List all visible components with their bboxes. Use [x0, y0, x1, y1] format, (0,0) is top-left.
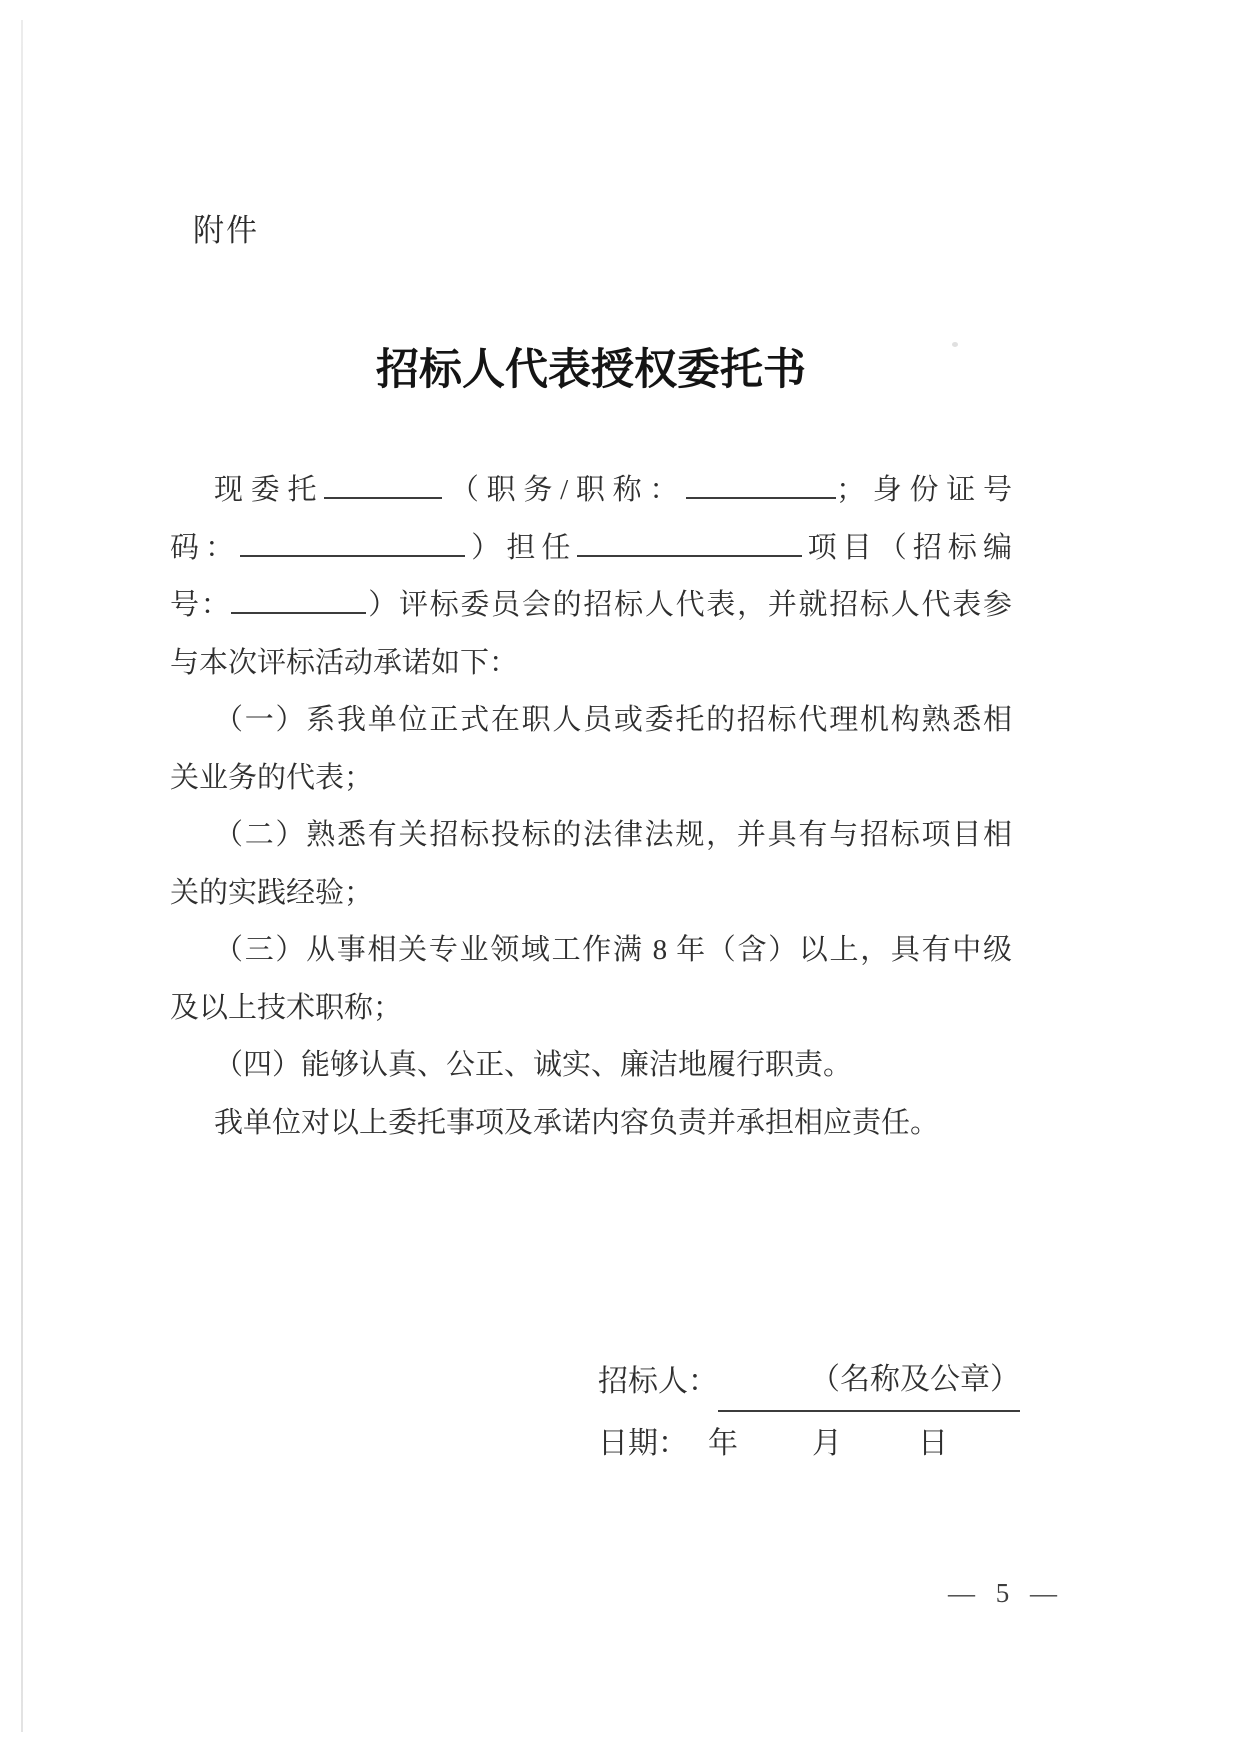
body-line-3: 号：）评标委员会的招标人代表，并就招标人代表参: [170, 577, 1012, 635]
date-line: 日期：年月日: [598, 1414, 1020, 1474]
body-line-1: 现委托（职务/职称：；身份证号: [170, 462, 1012, 520]
text-segment: ；: [836, 474, 865, 506]
fill-in-blank-tender-number: [231, 582, 366, 614]
attachment-label: 附件: [193, 205, 259, 250]
body-line-10: 及以上技术职称；: [170, 980, 1012, 1038]
text-segment: 身份证号: [865, 474, 1012, 506]
document-body: 现委托（职务/职称：；身份证号 码：）担任项目（招标编 号：）评标委员会的招标人…: [170, 462, 1012, 1152]
body-line-2: 码：）担任项目（招标编: [170, 520, 1012, 578]
text-segment: 码：: [170, 532, 240, 564]
page-number: — 5 —: [948, 1578, 1064, 1609]
issuer-signature-line: 招标人：（名称及公章）: [598, 1352, 1020, 1414]
signature-block: 招标人：（名称及公章） 日期：年月日: [598, 1352, 1020, 1474]
date-day-label: 日: [918, 1427, 948, 1460]
body-line-12-closing: 我单位对以上委托事项及承诺内容负责并承担相应责任。: [170, 1095, 1012, 1153]
scanned-document-page: 附件 招标人代表授权委托书 现委托（职务/职称：；身份证号 码：）担任项目（招标…: [0, 0, 1240, 1754]
body-line-9-commitment-3: （三）从事相关专业领域工作满 8 年（含）以上，具有中级: [170, 922, 1012, 980]
text-segment: （职务/职称：: [442, 474, 686, 506]
body-line-7-commitment-2: （二）熟悉有关招标投标的法律法规，并具有与招标项目相: [170, 807, 1012, 865]
date-year-label: 年: [708, 1427, 738, 1460]
issuer-seal-note: （名称及公章）: [810, 1363, 1020, 1396]
date-month-label: 月: [812, 1427, 842, 1460]
body-line-4: 与本次评标活动承诺如下：: [170, 635, 1012, 693]
fill-in-blank-issuer-name: [718, 1359, 810, 1389]
body-line-8: 关的实践经验；: [170, 865, 1012, 923]
text-segment: 项目（招标编: [802, 532, 1012, 564]
body-line-5-commitment-1: （一）系我单位正式在职人员或委托的招标代理机构熟悉相: [170, 692, 1012, 750]
body-line-6: 关业务的代表；: [170, 750, 1012, 808]
body-line-11-commitment-4: （四）能够认真、公正、诚实、廉洁地履行职责。: [170, 1037, 1012, 1095]
fill-in-blank-delegate-name: [324, 467, 442, 499]
fill-in-blank-project-name: [577, 524, 802, 556]
text-segment: ）评标委员会的招标人代表，并就招标人代表参: [366, 589, 1012, 621]
scan-artifact-left-edge-line: [21, 20, 23, 1732]
text-segment: 现委托: [214, 474, 324, 506]
fill-in-blank-id-number: [240, 524, 465, 556]
date-label: 日期：: [598, 1427, 688, 1460]
issuer-label: 招标人：: [598, 1365, 718, 1398]
text-segment: ）担任: [465, 532, 576, 564]
text-segment: 号：: [170, 589, 231, 621]
document-title: 招标人代表授权委托书: [170, 336, 1012, 397]
issuer-signature-underline: （名称及公章）: [718, 1350, 1020, 1412]
fill-in-blank-job-title: [686, 467, 836, 499]
